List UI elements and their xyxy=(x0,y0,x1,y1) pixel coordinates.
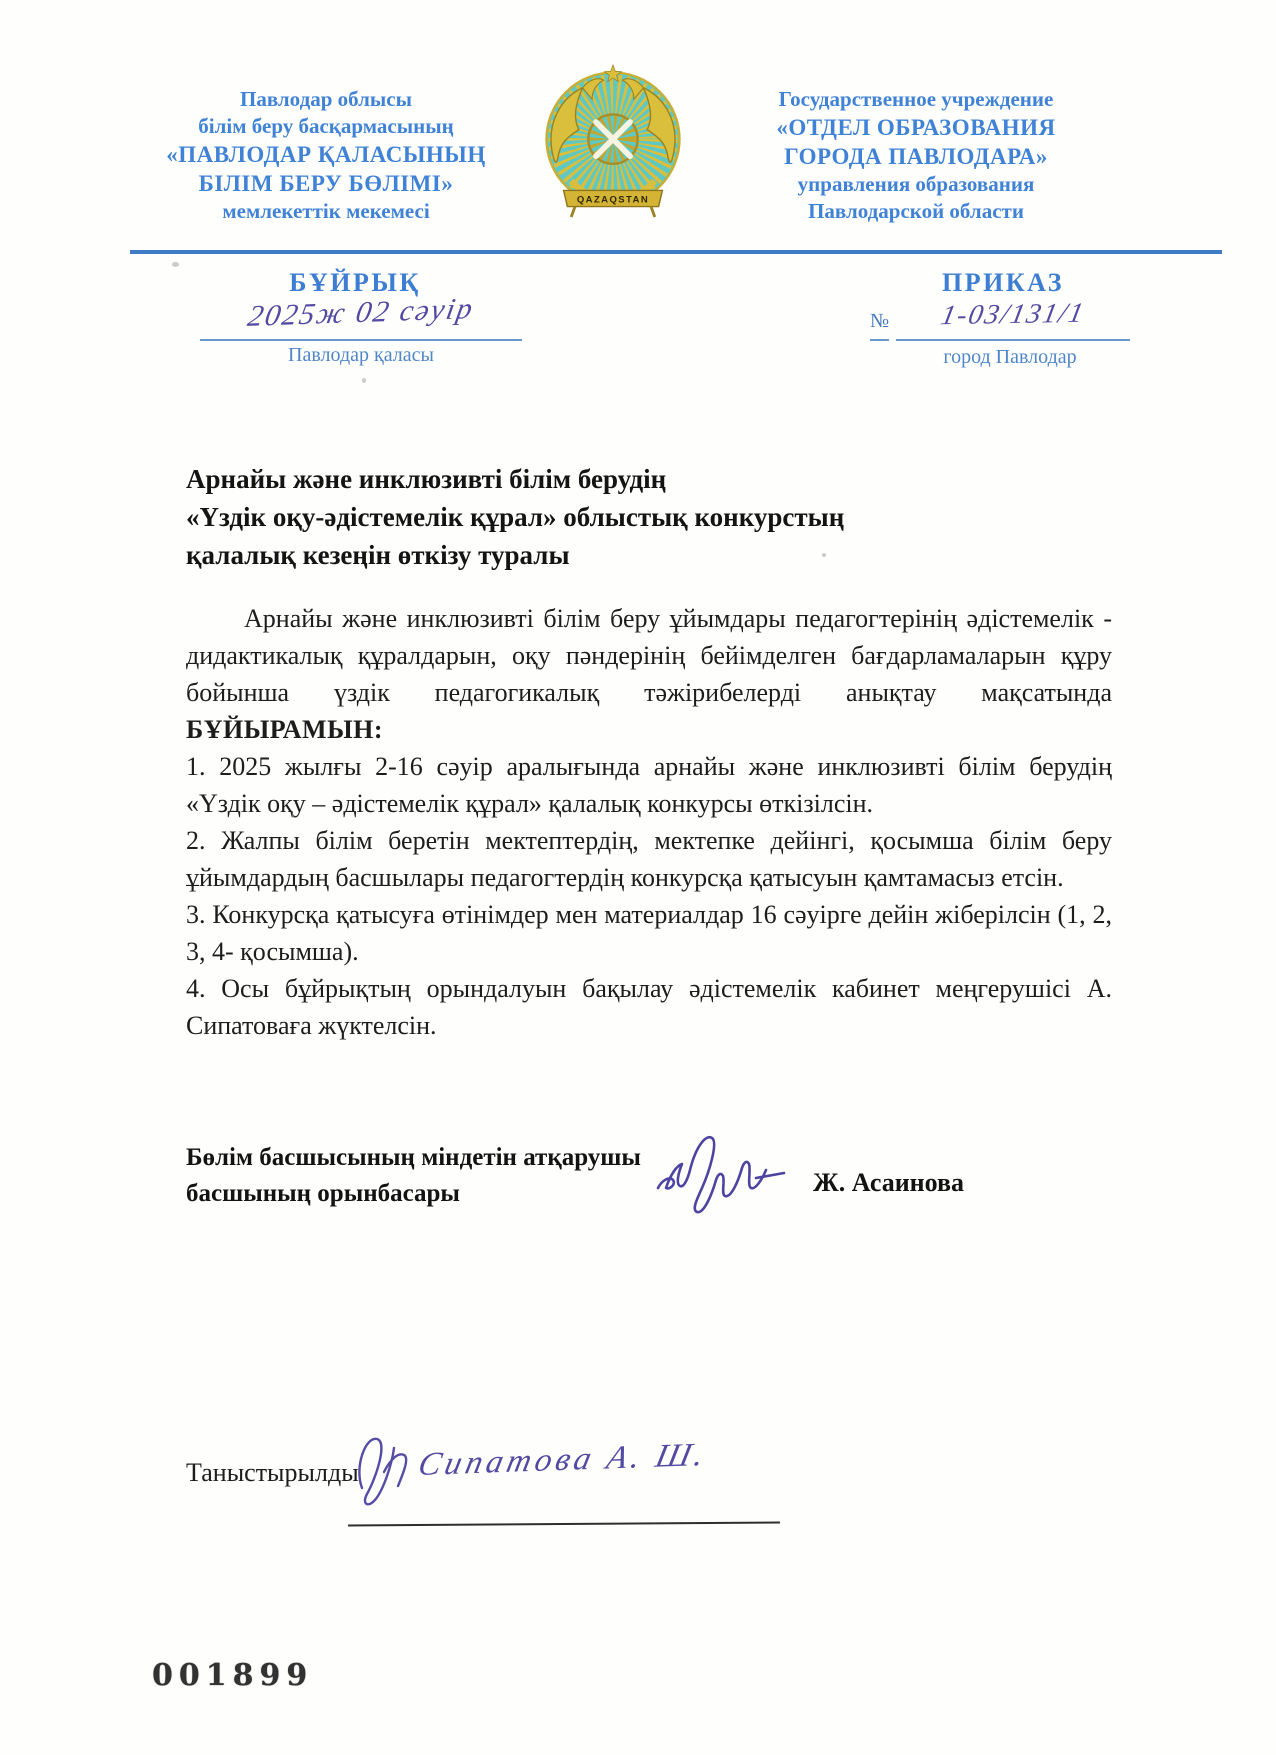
scan-speck xyxy=(822,553,826,557)
order-item: 4. Осы бұйрықтың орындалуын бақылау әдіс… xyxy=(186,970,1112,1044)
order-item: 1. 2025 жылғы 2-16 сәуір аралығында арна… xyxy=(186,748,1112,822)
letterhead-line: білім беру басқармасының xyxy=(158,113,494,140)
scan-speck xyxy=(172,262,179,267)
directive-word: БҰЙЫРАМЫН: xyxy=(186,715,383,744)
document-title: Арнайы және инклюзивті білім берудің «Үз… xyxy=(186,460,1112,574)
signature-scribble xyxy=(652,1126,792,1231)
acknowledgment-underline xyxy=(348,1521,780,1526)
stamp-number: 001899 xyxy=(152,1658,313,1693)
kazakhstan-emblem: QAZAQSTAN xyxy=(537,56,689,226)
emblem-banner-text: QAZAQSTAN xyxy=(577,195,649,206)
letterhead-line: Павлодарской области xyxy=(730,198,1102,225)
letterhead-kazakh: Павлодар облысы білім беру басқармасының… xyxy=(158,86,494,225)
order-title-ru: ПРИКАЗ xyxy=(903,268,1103,298)
number-label: № xyxy=(870,310,889,341)
place-kk: Павлодар қаласы xyxy=(196,344,526,367)
document-title-line: «Үздік оқу-әдістемелік құрал» облыстық к… xyxy=(186,498,1112,536)
document-body: Арнайы және инклюзивті білім берудің «Үз… xyxy=(186,460,1112,1044)
letterhead-line: БІЛІМ БЕРУ БӨЛІМІ» xyxy=(158,169,494,198)
order-item: 2. Жалпы білім беретін мектептердің, мек… xyxy=(186,822,1112,896)
acknowledgment-label: Таныстырылды xyxy=(186,1458,359,1488)
letterhead-line: мемлекеттік мекемесі xyxy=(158,198,494,225)
number-underline xyxy=(896,339,1130,341)
place-ru: город Павлодар xyxy=(880,346,1140,369)
preamble-paragraph: Арнайы және инклюзивті білім беру ұйымда… xyxy=(186,600,1112,748)
handwritten-date: 2025ж 02 сәуір xyxy=(192,290,530,335)
letterhead-divider xyxy=(130,250,1222,254)
acknowledgment-signature: Сипатова А. Ш. xyxy=(415,1437,711,1484)
signature-ink-icon xyxy=(350,1428,420,1513)
letterhead-line: Государственное учреждение xyxy=(730,86,1102,113)
document-title-line: қалалық кезеңін өткізу туралы xyxy=(186,536,1112,574)
handwritten-number: 1-03/131/1 xyxy=(894,297,1131,333)
document-title-line: Арнайы және инклюзивті білім берудің xyxy=(186,460,1112,498)
letterhead-russian: Государственное учреждение «ОТДЕЛ ОБРАЗО… xyxy=(730,86,1102,225)
signature-name: Ж. Асаинова xyxy=(813,1168,964,1198)
letterhead-line: Павлодар облысы xyxy=(158,86,494,113)
scanned-order-page: Павлодар облысы білім беру басқармасының… xyxy=(0,0,1276,1755)
letterhead-line: «ОТДЕЛ ОБРАЗОВАНИЯ xyxy=(730,113,1102,142)
letterhead-line: управления образования xyxy=(730,171,1102,198)
letterhead-line: «ПАВЛОДАР ҚАЛАСЫНЫҢ xyxy=(158,140,494,169)
scan-speck xyxy=(362,378,366,383)
order-item: 3. Конкурсқа қатысуға өтінімдер мен мате… xyxy=(186,896,1112,970)
date-underline xyxy=(200,339,522,341)
kazakhstan-emblem-icon: QAZAQSTAN xyxy=(537,56,689,226)
letterhead-line: ГОРОДА ПАВЛОДАРА» xyxy=(730,142,1102,171)
acknowledgment-flourish xyxy=(350,1428,420,1518)
preamble-text: Арнайы және инклюзивті білім беру ұйымда… xyxy=(186,604,1112,707)
signature-ink-icon xyxy=(652,1126,792,1226)
